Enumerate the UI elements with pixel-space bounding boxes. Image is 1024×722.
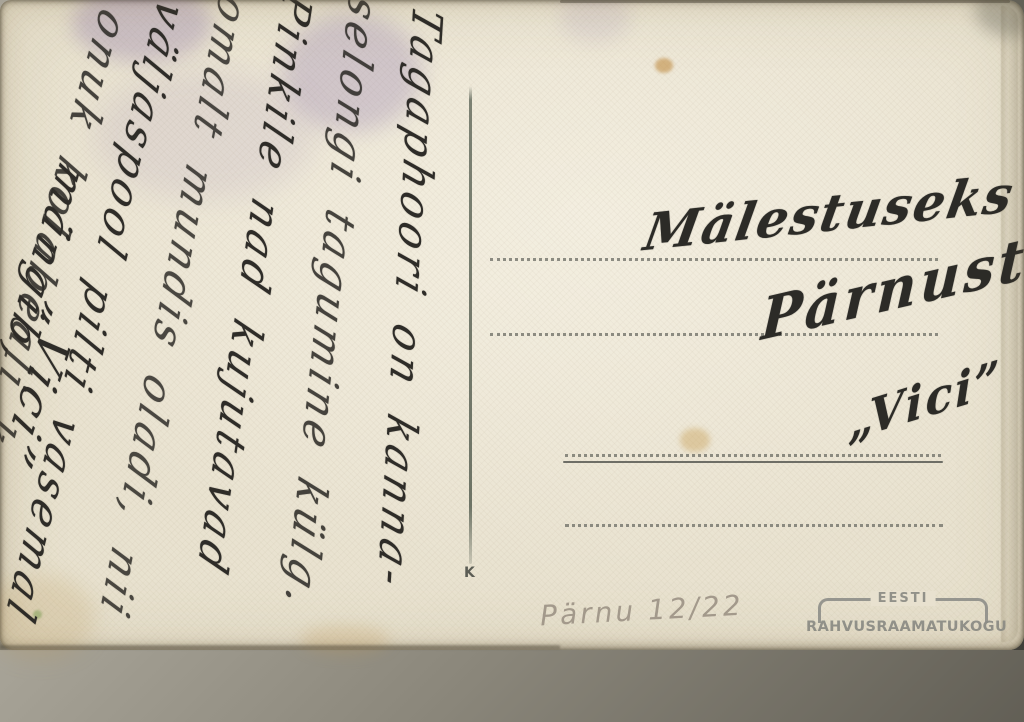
eesti-library-stamp: EESTI RAHVUSRAAMATUKOGU bbox=[806, 590, 1002, 646]
postcard-back: Tagaphoori on kanna- selongi tagumine kü… bbox=[0, 0, 1024, 650]
address-rule-underline bbox=[563, 461, 943, 463]
stamp-top-text: EESTI bbox=[871, 591, 936, 606]
address-rule bbox=[565, 454, 941, 457]
right-edge-fold bbox=[1001, 6, 1018, 642]
foxing-spot bbox=[655, 58, 673, 73]
handwritten-name: „Vici” bbox=[840, 351, 1011, 450]
stamp-bottom-text: RAHVUSRAAMATUKOGU bbox=[806, 619, 1002, 635]
card-top-edge bbox=[560, 0, 1010, 3]
address-rule bbox=[565, 524, 943, 527]
corner-shadow bbox=[975, 0, 1024, 37]
handwritten-message-line: Tagaphoori on kanna- bbox=[368, 7, 452, 592]
address-rule bbox=[490, 333, 938, 336]
pencil-note: Pärnu 12/22 bbox=[539, 589, 744, 633]
postcard-divider-line bbox=[469, 86, 472, 564]
card-bottom-edge bbox=[0, 645, 560, 649]
foxing-spot bbox=[680, 428, 710, 452]
purple-ink-stain bbox=[560, 0, 630, 42]
printer-mark: K bbox=[464, 565, 475, 581]
